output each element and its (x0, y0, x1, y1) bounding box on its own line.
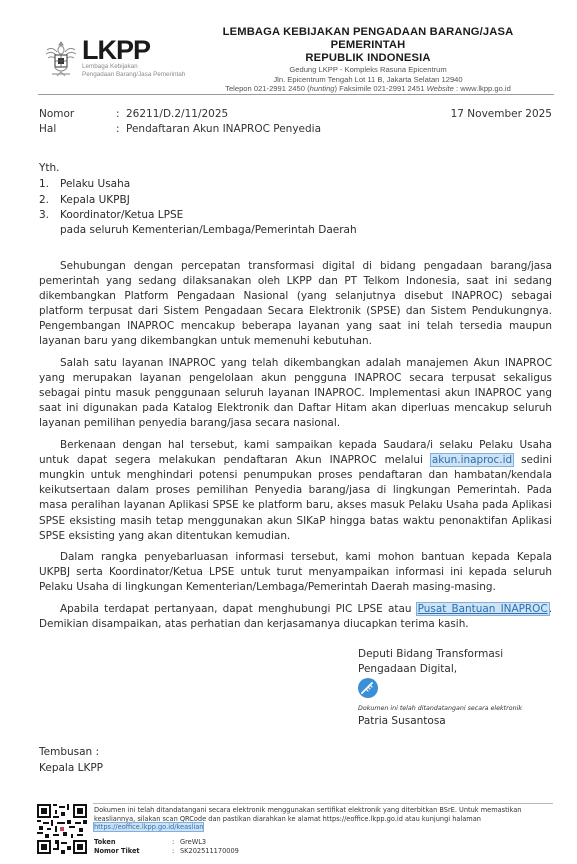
nomor-value: 26211/D.2/11/2025 (126, 107, 228, 122)
nomor-label: Nomor (39, 107, 74, 122)
ticket-label: Nomor Tiket (94, 847, 140, 856)
verification-text: Dokumen ini telah ditandatangani secara … (94, 806, 521, 823)
recipient-number: 1. (39, 177, 49, 192)
token-value: GreWL3 (180, 838, 206, 847)
org-country: REPUBLIK INDONESIA (186, 52, 550, 65)
qr-code-icon[interactable] (37, 804, 87, 854)
recipient-label: Pelaku Usaha (60, 177, 130, 192)
address-line-2: Jln. Epicentrum Tengah Lot 11 B, Jakarta… (186, 75, 550, 85)
cc-recipient: Kepala LKPP (39, 761, 103, 776)
logo-subtitle-line-1: Lembaga Kebijakan (82, 63, 192, 71)
paragraph-1: Sehubungan dengan percepatan transformas… (39, 259, 552, 350)
logo-subtitle-line-2: Pengadaan Barang/Jasa Pemerintah (82, 71, 192, 79)
token-label: Token (94, 838, 116, 847)
verification-link[interactable]: https://eoffice.lkpp.go.id/keaslian (94, 823, 203, 831)
paragraph-4: Dalam rangka penyebarluasan informasi te… (39, 550, 552, 595)
e-signed-note: Dokumen ini telah ditandatangani secara … (358, 705, 522, 712)
cc-label: Tembusan : (39, 745, 99, 760)
paragraph-5-text-a: Apabila terdapat pertanyaan, dapat mengh… (60, 603, 417, 615)
paragraph-3-text-b: sedini mungkin untuk menghindari potensi… (39, 454, 552, 541)
recipient-label: Koordinator/Ketua LPSE (60, 208, 183, 223)
ticket-value: SK202511170009 (180, 847, 239, 856)
hal-value: Pendaftaran Akun INAPROC Penyedia (126, 122, 321, 137)
recipient-number: 3. (39, 208, 49, 223)
salutation: Yth. (39, 161, 60, 176)
paragraph-2: Salah satu layanan INAPROC yang telah di… (39, 356, 552, 431)
logo-wordmark: LKPP (82, 36, 150, 64)
paragraph-3: Berkenaan dengan hal tersebut, kami samp… (39, 438, 552, 544)
signatory-title-2: Pengadaan Digital, (358, 662, 457, 677)
signatory-title-1: Deputi Bidang Transformasi (358, 647, 503, 662)
paragraph-5: Apabila terdapat pertanyaan, dapat mengh… (39, 602, 552, 632)
verification-notice: Dokumen ini telah ditandatangani secara … (94, 806, 554, 832)
ticket-colon: : (172, 847, 174, 856)
signatory-name: Patria Susantosa (358, 714, 446, 729)
contact-website-label: Website (427, 84, 454, 93)
letter-body: Sehubungan dengan percepatan transformas… (39, 259, 552, 639)
recipient-number: 2. (39, 193, 49, 208)
letterhead-divider (38, 94, 554, 95)
address-line-1: Gedung LKPP - Kompleks Rasuna Epicentrum (186, 65, 550, 75)
recipient-scope: pada seluruh Kementerian/Lembaga/Pemerin… (60, 223, 357, 238)
contact-website: : www.lkpp.go.id (454, 84, 511, 93)
akun-inaproc-link[interactable]: akun.inaproc.id (431, 454, 513, 466)
token-colon: : (172, 838, 174, 847)
hal-colon: : (116, 122, 120, 137)
hal-label: Hal (39, 122, 56, 137)
recipient-label: Kepala UKPBJ (60, 193, 130, 208)
nomor-colon: : (116, 107, 120, 122)
pusat-bantuan-link[interactable]: Pusat Bantuan INAPROC (417, 603, 549, 615)
letter-date: 17 November 2025 (451, 107, 552, 122)
contact-phone: Telepon 021-2991 2450 ( (225, 84, 309, 93)
contact-line: Telepon 021-2991 2450 (hunting) Faksimil… (186, 84, 550, 94)
garuda-emblem-icon (44, 38, 78, 80)
footer-divider (93, 803, 553, 804)
org-name: LEMBAGA KEBIJAKAN PENGADAAN BARANG/JASA … (186, 26, 550, 52)
logo-subtitle: Lembaga Kebijakan Pengadaan Barang/Jasa … (82, 63, 192, 79)
e-signature-pen-icon (358, 678, 378, 698)
contact-fax: ) Faksimile 021-2991 2451 (335, 84, 427, 93)
letterhead-block: LEMBAGA KEBIJAKAN PENGADAAN BARANG/JASA … (186, 26, 550, 94)
contact-hunting: hunting (310, 84, 335, 93)
